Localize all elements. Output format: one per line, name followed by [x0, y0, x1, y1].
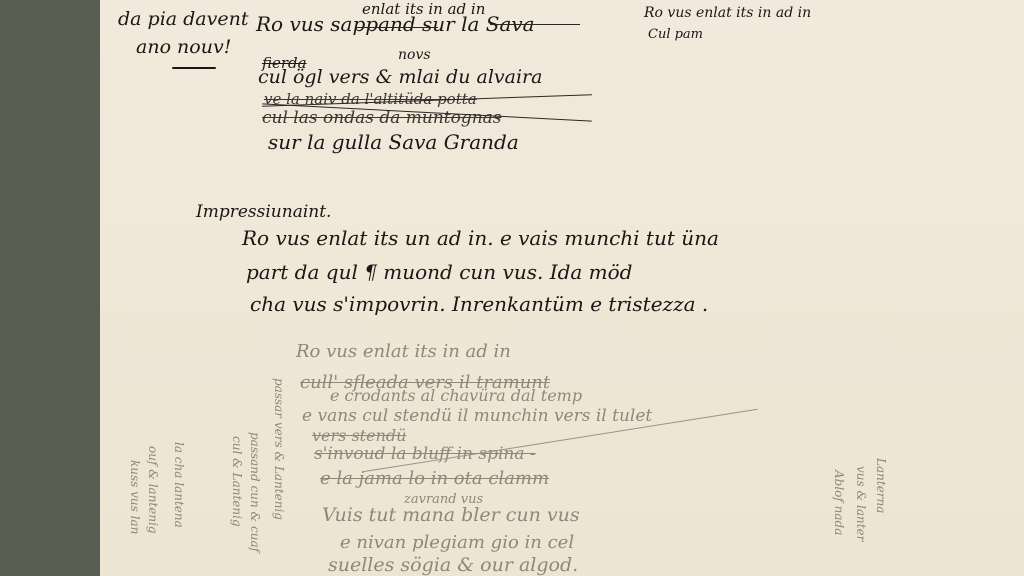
pencil-line9: e nivan plegiam gio in cel — [340, 534, 574, 552]
margin-note-underline — [172, 67, 216, 69]
top-right-note-line2: Cul pam — [648, 28, 703, 41]
vertical-note-left-5: ouf & lantenig — [146, 446, 160, 534]
strike-sappand — [356, 27, 438, 28]
pencil-line4: e vans cul stendü il munchin vers il tul… — [302, 408, 652, 425]
vertical-note-right-1: Lanterna — [874, 458, 888, 513]
pencil-line5: vers stendü — [312, 428, 406, 444]
pencil-line10: suelles sögia & our algod. — [328, 556, 578, 575]
vertical-note-right-2: vus & lanter — [854, 466, 868, 541]
page-border — [0, 0, 100, 576]
pencil-line7: e la jama lo in ota clamm — [320, 470, 549, 488]
pencil-line8: Vuis tut mana bler cun vus — [322, 506, 580, 525]
section-heading: Impressiunaint. — [196, 204, 331, 221]
vertical-note-right-3: Ablof nada — [832, 470, 846, 535]
vertical-note-left-4: la cha lantena — [172, 442, 186, 528]
main-text-line1: Ro vus enlat its un ad in. e vais munchi… — [242, 228, 719, 248]
top-draft-line3: cul ögl vers & mlai du alvaira — [258, 68, 542, 87]
margin-note-line2: ano nouv! — [136, 38, 231, 57]
vertical-note-left-1: passar vers & Lantenig — [272, 378, 286, 520]
main-text-line3: cha vus s'impovrin. Inrenkantüm e triste… — [250, 294, 708, 314]
top-right-note-line1: Ro vus enlat its in ad in — [644, 6, 811, 20]
top-draft-line6: sur la gulla Sava Granda — [268, 132, 519, 152]
top-draft-line5-struck: cul las ondas da muntognas — [262, 110, 502, 127]
vertical-note-left-6: kuss vus lan — [128, 460, 142, 534]
strike-la-sava — [490, 24, 580, 25]
vertical-note-left-2: passand cun & cuaf — [248, 432, 262, 552]
vertical-note-left-3: cul & Lantenig — [230, 436, 244, 527]
top-draft-insert-novs: novs — [398, 48, 431, 62]
main-text-line2: part da qul ¶ muond cun vus. Ida möd — [246, 262, 632, 282]
pencil-line3-insert: e crodants al chavüra dal temp — [330, 388, 582, 404]
margin-note-line1: da pia davent — [118, 10, 248, 29]
pencil-line1: Ro vus enlat its in ad in — [296, 343, 511, 361]
